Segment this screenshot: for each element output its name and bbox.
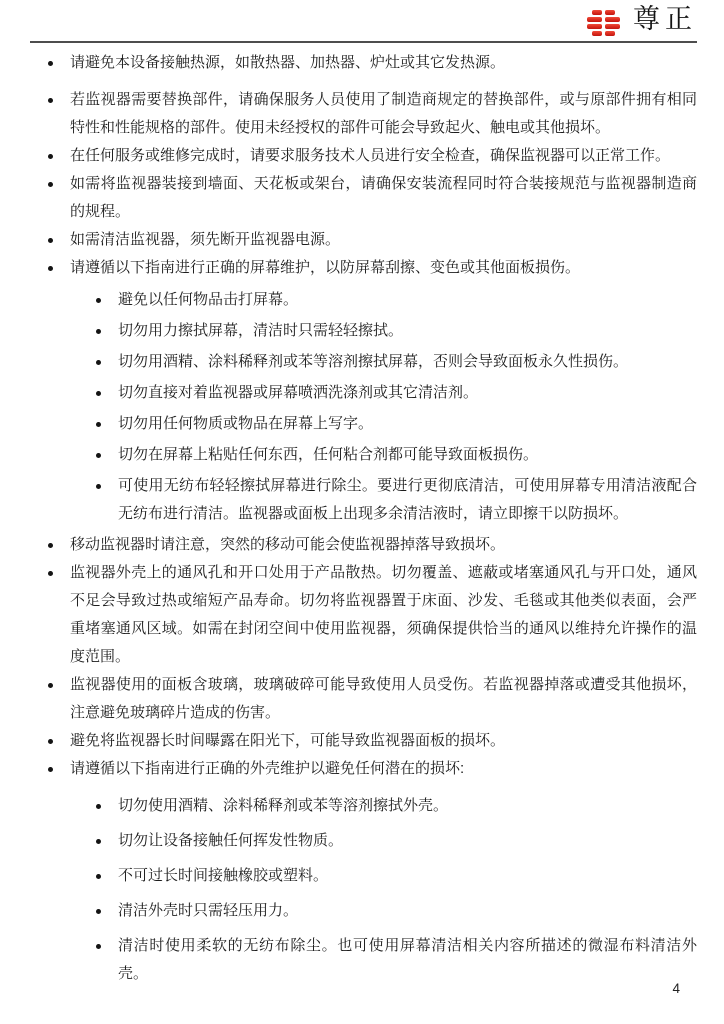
- list-item: 如需将监视器装接到墙面、天花板或架台，请确保安装流程同时符合装接规范与监视器制造…: [46, 170, 697, 226]
- list-item: 在任何服务或维修完成时，请要求服务技术人员进行安全检查，确保监视器可以正常工作。: [46, 142, 697, 170]
- list-item: 请避免本设备接触热源，如散热器、加热器、炉灶或其它发热源。: [46, 49, 697, 77]
- brand-name: 尊正: [633, 6, 697, 37]
- list-item: 切勿用任何物质或物品在屏幕上写字。: [94, 410, 697, 438]
- list-item: 切勿使用酒精、涂料稀释剂或苯等溶剂擦拭外壳。: [94, 792, 697, 820]
- list-item: 切勿在屏幕上粘贴任何东西，任何粘合剂都可能导致面板损伤。: [94, 441, 697, 469]
- list-item: 避免将监视器长时间曝露在阳光下，可能导致监视器面板的损坏。: [46, 727, 697, 755]
- safety-instructions: 请避免本设备接触热源，如散热器、加热器、炉灶或其它发热源。 若监视器需要替换部件…: [46, 49, 697, 995]
- list-item: 请遵循以下指南进行正确的屏幕维护，以防屏幕刮擦、变色或其他面板损伤。: [46, 254, 697, 282]
- list-item: 清洁外壳时只需轻压用力。: [94, 897, 697, 925]
- list-item: 避免以任何物品击打屏幕。: [94, 286, 697, 314]
- list-item: 如需清洁监视器，须先断开监视器电源。: [46, 226, 697, 254]
- brand-logo: 尊正: [587, 6, 697, 37]
- page-number: 4: [672, 981, 680, 996]
- list-item: 不可过长时间接触橡胶或塑料。: [94, 862, 697, 890]
- list-item: 请遵循以下指南进行正确的外壳维护以避免任何潜在的损坏:: [46, 755, 697, 783]
- manual-page: 尊正 请避免本设备接触热源，如散热器、加热器、炉灶或其它发热源。 若监视器需要替…: [0, 0, 724, 1024]
- list-item: 清洁时使用柔软的无纺布除尘。也可使用屏幕清洁相关内容所描述的微湿布料清洁外壳。: [94, 932, 697, 988]
- list-item: 切勿直接对着监视器或屏幕喷洒洗涤剂或其它清洁剂。: [94, 379, 697, 407]
- list-item: 监视器使用的面板含玻璃，玻璃破碎可能导致使用人员受伤。若监视器掉落或遭受其他损坏…: [46, 671, 697, 727]
- list-item: 切勿用力擦拭屏幕，清洁时只需轻轻擦拭。: [94, 317, 697, 345]
- safety-list: 请避免本设备接触热源，如散热器、加热器、炉灶或其它发热源。 若监视器需要替换部件…: [46, 49, 697, 988]
- list-item: 移动监视器时请注意，突然的移动可能会使监视器掉落导致损坏。: [46, 531, 697, 559]
- list-item: 切勿让设备接触任何挥发性物质。: [94, 827, 697, 855]
- list-item: 监视器外壳上的通风孔和开口处用于产品散热。切勿覆盖、遮蔽或堵塞通风孔与开口处，通…: [46, 559, 697, 671]
- list-item: 若监视器需要替换部件，请确保服务人员使用了制造商规定的替换部件，或与原部件拥有相…: [46, 86, 697, 142]
- page-header: 尊正: [30, 0, 697, 43]
- zunzheng-logo-icon: [587, 7, 620, 36]
- list-item: 可使用无纺布轻轻擦拭屏幕进行除尘。要进行更彻底清洁，可使用屏幕专用清洁液配合无纺…: [94, 472, 697, 528]
- list-item: 切勿用酒精、涂料稀释剂或苯等溶剂擦拭屏幕，否则会导致面板永久性损伤。: [94, 348, 697, 376]
